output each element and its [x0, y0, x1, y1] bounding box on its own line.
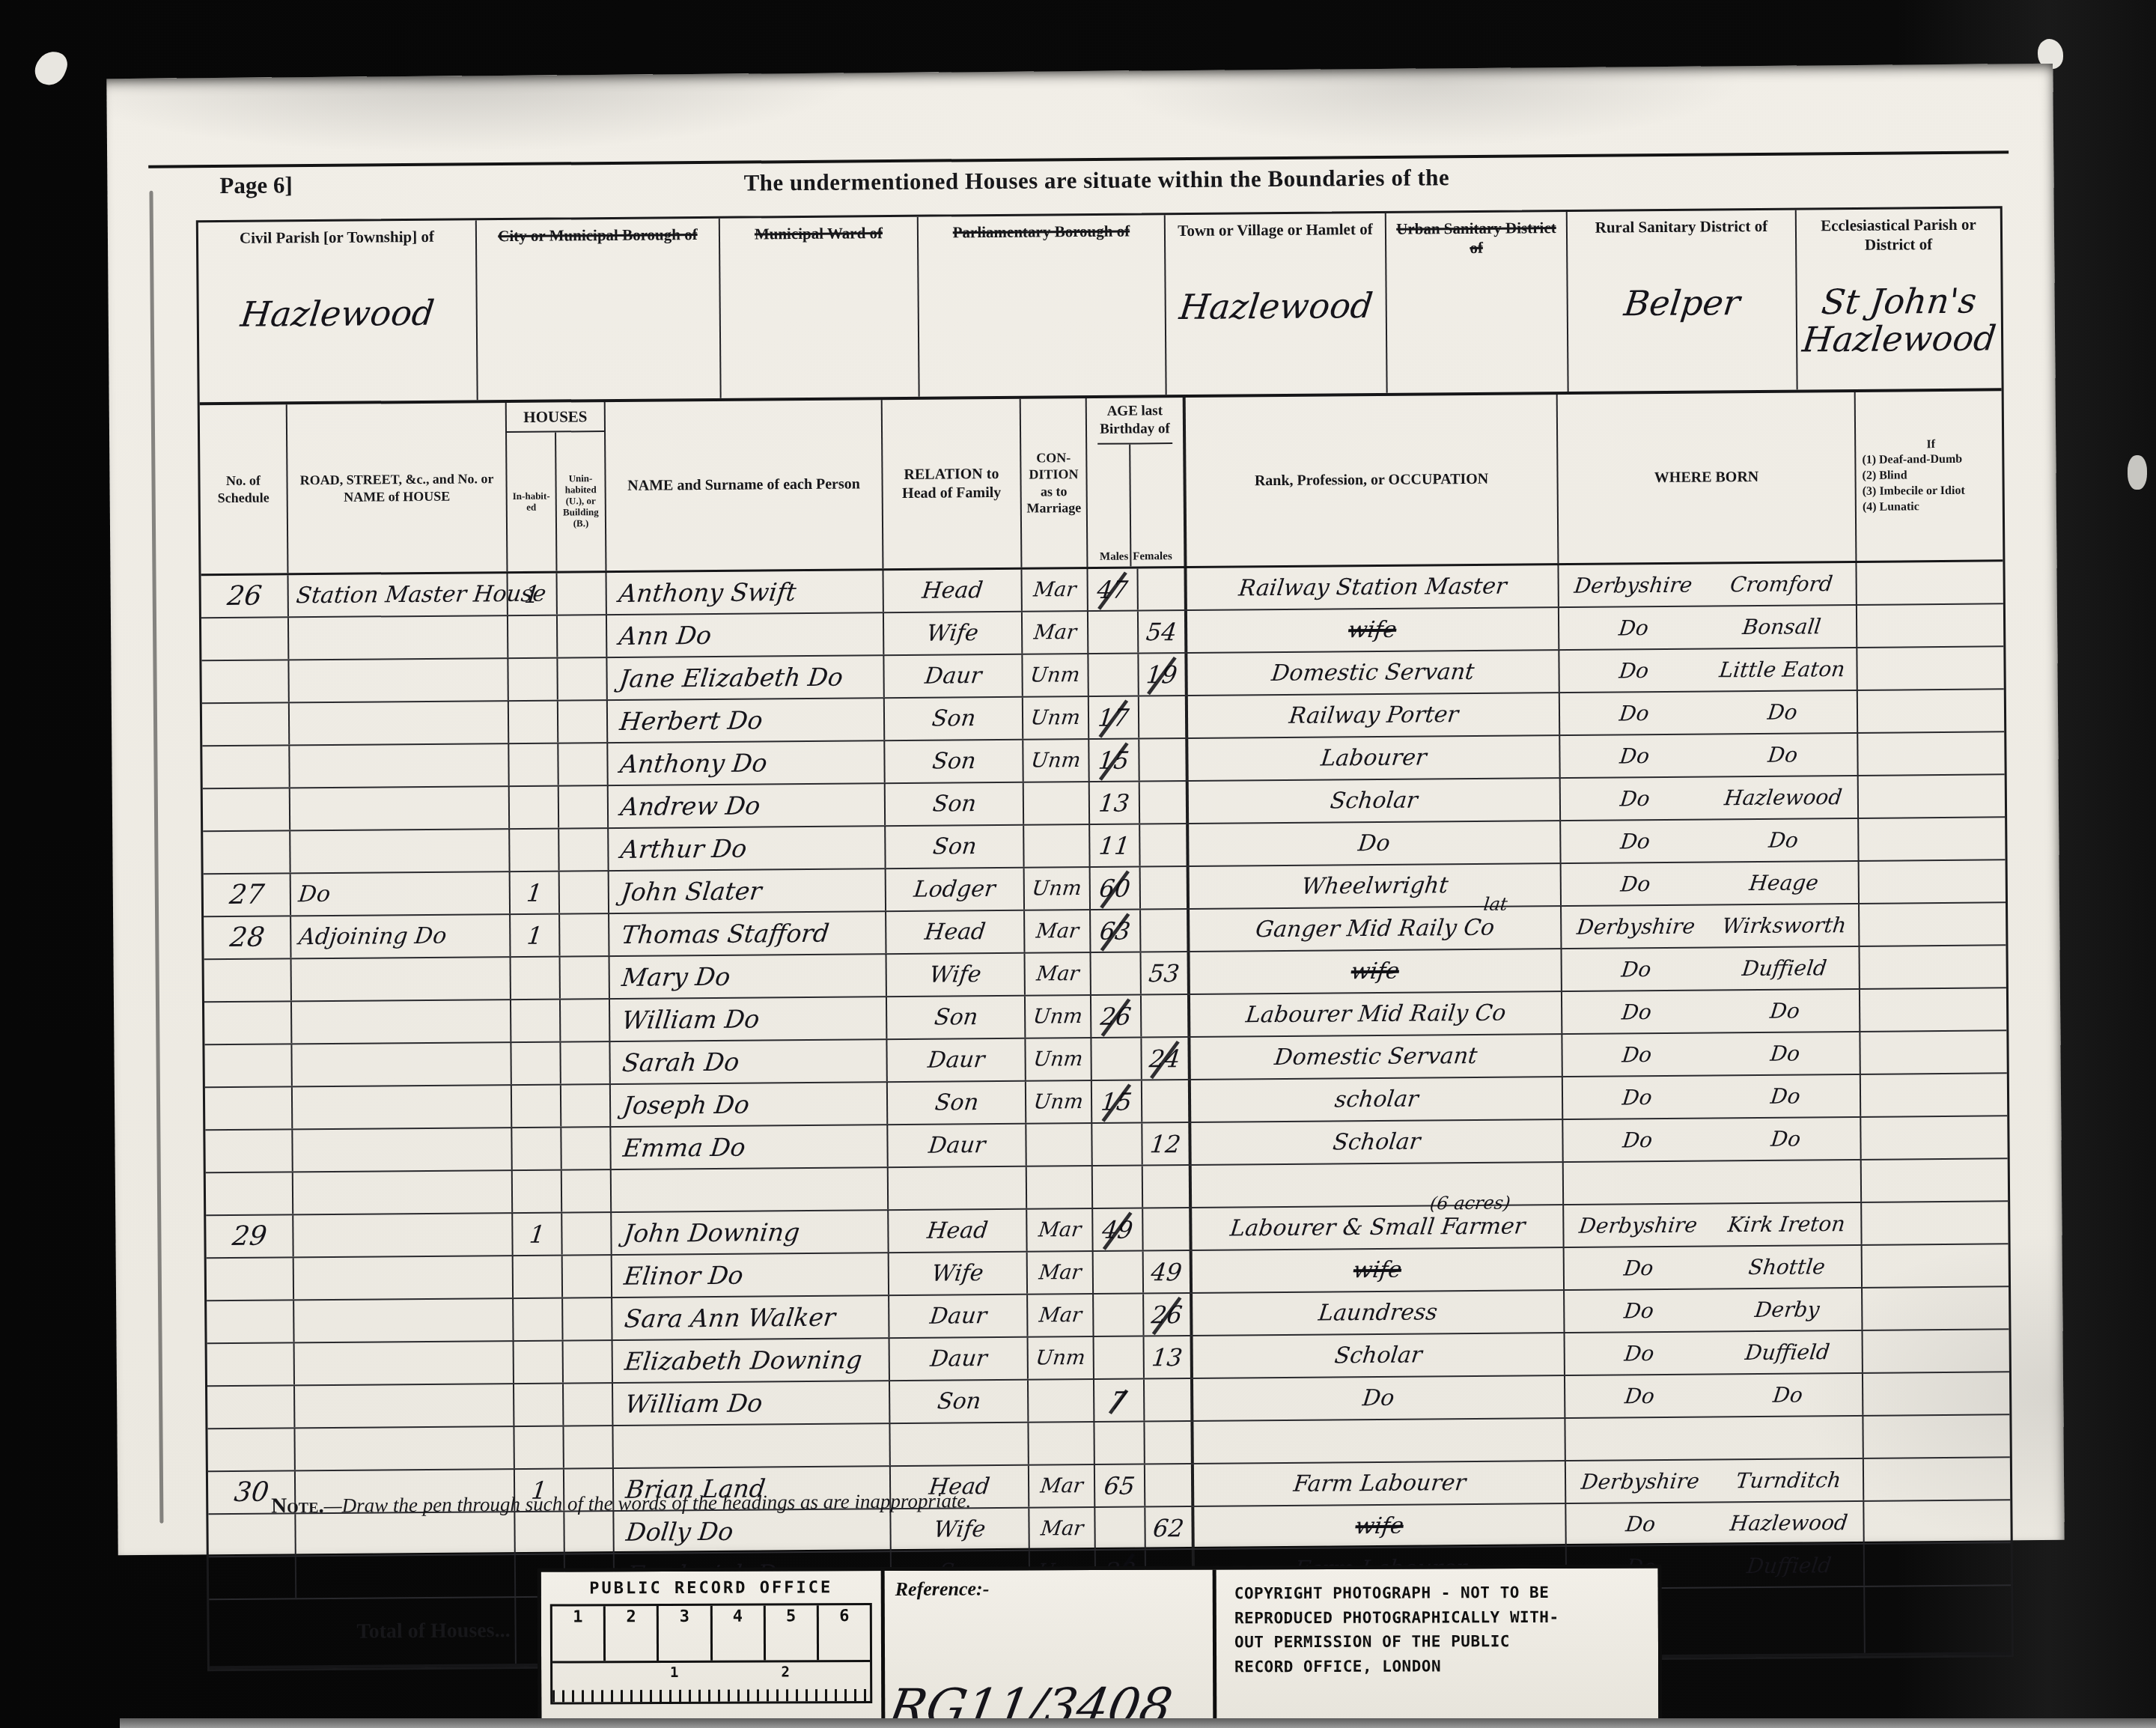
infirmity-line: (1) Deaf-and-Dumb [1862, 452, 1962, 469]
relation-value: Wife [931, 1262, 984, 1286]
age-female-value: 26 [1151, 1302, 1184, 1326]
cell-inhabited [508, 616, 558, 658]
cell-born: DoDo [1563, 1075, 1861, 1119]
relation-value: Daur [927, 1134, 986, 1157]
page-title: The undermentioned Houses are situate wi… [195, 159, 1997, 201]
relation-value: Head [921, 579, 984, 603]
scan-artifact [31, 47, 70, 90]
cell-born: DoDuffield [1562, 947, 1860, 991]
occupation-value: Labourer [1320, 746, 1428, 770]
condition-value: Unm [1032, 1049, 1084, 1070]
born-place: Cromford [1706, 573, 1857, 595]
cell-infirmity [1857, 647, 2003, 690]
location-value: Hazlewood [1166, 288, 1386, 324]
ruler-mark: 2 [781, 1664, 790, 1680]
born-place: Do [1711, 1128, 1861, 1150]
cell-occupation [1193, 1419, 1565, 1463]
cell-schedule [202, 746, 290, 788]
relation-value: Wife [928, 964, 982, 987]
occupation-value: Railway Station Master [1237, 575, 1508, 600]
copyright-line: COPYRIGHT PHOTOGRAPH - NOT TO BE [1234, 1580, 1651, 1605]
cell-born: DoHeage [1562, 862, 1860, 905]
cell-age-female: 26 [1144, 1294, 1193, 1336]
cell-road [293, 1128, 512, 1171]
cell-age-male: 13 [1090, 782, 1140, 824]
cell-born: DoHazlewood [1566, 1502, 1864, 1545]
condition-value: Unm [1031, 878, 1082, 899]
cell-name: Sara Ann Walker [612, 1296, 889, 1339]
cell-age-male [1094, 1294, 1144, 1336]
cell-age-female: 54 [1139, 611, 1187, 653]
infirmity-line: If [1926, 437, 1935, 453]
cell-occupation: wife [1187, 608, 1559, 652]
born-place: Wirksworth [1709, 914, 1860, 937]
occupation-value: Do [1357, 832, 1392, 854]
cell-inhabited [512, 1086, 561, 1128]
cell-relation: Daur [889, 1295, 1028, 1337]
occupation-value: Laundress [1318, 1301, 1439, 1324]
cell-schedule [207, 1386, 295, 1428]
inhabited-count: 1 [528, 1222, 546, 1246]
cell-age-male [1093, 1166, 1143, 1208]
cell-age-female [1139, 696, 1188, 738]
age-female-value: 12 [1149, 1131, 1182, 1155]
cell-schedule [203, 831, 290, 873]
cell-occupation: wife [1194, 1504, 1566, 1548]
cell-road [295, 1427, 514, 1470]
cell-road [292, 1000, 511, 1043]
occupation-note: (6 acres) [1428, 1194, 1511, 1213]
ruler-number: 6 [819, 1605, 870, 1660]
ruler-mark: 1 [670, 1664, 679, 1681]
inhabited-count: 1 [526, 923, 543, 947]
cell-born: DoHazlewood [1561, 776, 1859, 820]
cell-occupation: Railway Station Master [1187, 565, 1559, 609]
cell-name: Anthony Do [608, 741, 885, 785]
cell-condition [1027, 1166, 1093, 1208]
cell-born: DoDo [1562, 990, 1860, 1033]
cell-inhabited [511, 958, 561, 1000]
born-place: Turnditch [1713, 1469, 1863, 1491]
born-place: Kirk Ireton [1711, 1213, 1862, 1235]
cell-age-male: 7 [1094, 1379, 1145, 1421]
occupation-value: Farm Labourer [1292, 1472, 1467, 1496]
cell-condition: Mar [1028, 1252, 1094, 1294]
cell-name: John Downing [612, 1211, 889, 1254]
cell-occupation: Labourer Mid Raily Co [1190, 992, 1562, 1036]
cell-inhabited [511, 1000, 561, 1042]
cell-condition: Mar [1029, 1508, 1095, 1550]
born-county: Derbyshire [1563, 1214, 1714, 1237]
person-name: Thomas Stafford [620, 921, 830, 947]
scan-artifact [2128, 455, 2147, 490]
age-male-value: 17 [1097, 705, 1130, 729]
condition-value: Unm [1029, 665, 1081, 686]
born-place: Do [1710, 1000, 1860, 1022]
cell-occupation: wife [1190, 949, 1562, 994]
cell-relation: Son [885, 740, 1023, 782]
born-place: Little Eaton [1707, 658, 1857, 681]
col-header-males: Males [1097, 444, 1132, 567]
cell-infirmity [1864, 1500, 2010, 1543]
cell-uninhabited [558, 701, 608, 743]
cell-relation: Son [885, 698, 1023, 740]
cell-born: DoDuffield [1565, 1331, 1863, 1375]
born-place: Duffield [1714, 1554, 1864, 1577]
cell-road [294, 1256, 514, 1299]
cell-schedule [207, 1258, 294, 1300]
cell-born: DoDo [1562, 1032, 1860, 1076]
born-county: Do [1561, 958, 1711, 981]
location-value-text: Hazlewood [1178, 288, 1374, 324]
reference-label: Reference:- [895, 1578, 1202, 1601]
empty-cell [1865, 1586, 2012, 1653]
person-name: Ann Do [618, 623, 713, 648]
cell-relation: Daur [890, 1338, 1029, 1380]
person-name: William Do [624, 1390, 764, 1416]
born-county: Do [1559, 702, 1709, 725]
cell-age-male [1092, 1123, 1142, 1165]
location-value: St John's [1797, 283, 2001, 319]
cell-infirmity [1858, 690, 2004, 732]
note-text: —Draw the pen through such of the words … [324, 1489, 972, 1517]
scanner-edge [120, 1718, 2156, 1728]
cell-occupation: Domestic Servant [1187, 651, 1559, 695]
cell-age-male [1094, 1251, 1144, 1293]
cell-condition: Mar [1027, 1209, 1093, 1251]
cell-born: DoBonsall [1559, 606, 1857, 649]
age-female-value: 54 [1145, 620, 1178, 644]
cell-age-female [1141, 910, 1190, 952]
cell-inhabited: 1 [511, 915, 560, 957]
cell-age-female: 53 [1142, 952, 1190, 994]
cell-name: Joseph Do [611, 1083, 888, 1126]
cell-schedule [206, 1172, 293, 1214]
cell-infirmity [1865, 1543, 2011, 1586]
cell-age-female: 62 [1145, 1507, 1194, 1549]
cell-name: Thomas Stafford [609, 912, 886, 955]
occupation-value: wife [1353, 1259, 1404, 1282]
cell-condition: Unm [1026, 1081, 1092, 1123]
cell-age-male: 15 [1089, 739, 1139, 781]
location-value: Belper [1568, 285, 1796, 321]
occupation-value: Scholar [1333, 1344, 1423, 1367]
cell-occupation: Labourer [1188, 736, 1560, 780]
location-label: Ecclesiastical Parish or District of [1801, 214, 1996, 255]
cell-road [290, 702, 509, 744]
cell-uninhabited [561, 1085, 611, 1127]
age-female-value: 19 [1145, 663, 1178, 687]
cell-schedule: 29 [206, 1215, 293, 1257]
cell-road [289, 616, 508, 659]
occupation-value: wife [1347, 618, 1398, 642]
cell-occupation: scholar [1191, 1077, 1563, 1122]
cell-name: John Slater [609, 869, 886, 913]
cell-inhabited [508, 659, 558, 701]
cell-condition: Mar [1026, 953, 1091, 995]
person-name: Elinor Do [623, 1263, 745, 1289]
cell-inhabited [515, 1512, 564, 1554]
census-form-page: Page 6] The undermentioned Houses are si… [106, 64, 2064, 1555]
cell-relation: Wife [887, 954, 1026, 996]
cell-occupation: Scholar [1191, 1120, 1563, 1164]
stamp-office-name: PUBLIC RECORD OFFICE [550, 1578, 872, 1598]
cell-age-male [1094, 1336, 1145, 1378]
cell-schedule [207, 1429, 295, 1470]
cell-age-male [1094, 1422, 1145, 1464]
cell-uninhabited [562, 1213, 612, 1255]
cell-condition [1024, 782, 1090, 824]
col-header-houses: HOUSES In-habit-ed Unin-habited (U.), or… [507, 402, 607, 571]
age-male-value: 7 [1110, 1388, 1128, 1412]
cell-condition [1026, 1124, 1092, 1166]
cell-name: Andrew Do [609, 784, 886, 827]
occupation-value: scholar [1333, 1088, 1419, 1111]
person-name: Anthony Do [619, 750, 769, 776]
cell-relation: Head [886, 911, 1025, 953]
col-header-females: Females [1130, 444, 1174, 567]
stamp-ruler: 123456 1 2 [550, 1603, 872, 1705]
cell-schedule [203, 788, 290, 830]
age-male-value: 15 [1097, 748, 1130, 772]
cell-age-male [1088, 611, 1139, 653]
born-county: Derbyshire [1561, 916, 1711, 938]
cell-condition: Unm [1026, 996, 1091, 1038]
born-place: Hazlewood [1708, 786, 1858, 809]
born-place: Bonsall [1707, 615, 1857, 638]
cell-age-male [1095, 1507, 1145, 1549]
cell-uninhabited [564, 1512, 614, 1554]
cell-born: DerbyshireCromford [1559, 563, 1857, 606]
cell-condition: Mar [1028, 1295, 1094, 1336]
cell-born: DoDo [1560, 691, 1858, 734]
cell-age-female: 12 [1142, 1123, 1191, 1165]
person-name: John Slater [620, 878, 763, 904]
cell-uninhabited [564, 1384, 613, 1426]
cell-uninhabited [564, 1341, 613, 1383]
cell-infirmity [1863, 1330, 2009, 1372]
cell-relation: Wife [891, 1509, 1029, 1551]
cell-uninhabited [559, 829, 609, 871]
cell-infirmity [1857, 604, 2003, 647]
table-body: 26Station Master House1Anthony SwiftHead… [201, 562, 2012, 1600]
cell-schedule [207, 1300, 294, 1342]
relation-value: Son [931, 750, 976, 773]
cell-age-female [1141, 867, 1190, 909]
condition-value: Mar [1035, 964, 1080, 984]
cell-uninhabited [558, 658, 607, 700]
cell-born: DoLittle Eaton [1559, 648, 1857, 692]
location-value: Hazlewood [1797, 320, 2001, 356]
age-female-value: 24 [1148, 1047, 1181, 1071]
relation-value: Daur [928, 1305, 987, 1328]
cell-inhabited [514, 1299, 563, 1341]
born-place: Derby [1712, 1298, 1863, 1321]
born-county: Do [1559, 660, 1709, 682]
cell-infirmity [1858, 732, 2004, 775]
cell-inhabited [512, 1128, 561, 1170]
location-box: Rural Sanitary District ofBelper [1568, 210, 1798, 392]
cell-infirmity [1862, 1202, 2008, 1244]
born-county: Do [1562, 1044, 1712, 1066]
cell-uninhabited [562, 1170, 612, 1212]
cell-inhabited [514, 1384, 564, 1426]
person-name: Jane Elizabeth Do [618, 665, 844, 691]
cell-relation: Head [883, 570, 1022, 612]
cell-age-male [1091, 952, 1142, 994]
ruler-ticks: 1 2 [552, 1662, 870, 1702]
cell-road [293, 1214, 513, 1256]
age-male-value: 65 [1103, 1473, 1136, 1497]
schedule-number: 27 [228, 881, 265, 908]
cell-road [289, 659, 508, 702]
cell-age-female [1145, 1379, 1193, 1421]
cell-born [1564, 1160, 1862, 1204]
cell-name: Arthur Do [609, 827, 886, 870]
col-header-name: NAME and Surname of each Person [606, 400, 884, 571]
cell-born: DerbyshireKirk Ireton [1564, 1203, 1862, 1247]
relation-value: Head [926, 1220, 989, 1243]
condition-value: Mar [1038, 1305, 1082, 1325]
note-prefix: Note. [271, 1494, 324, 1518]
cell-age-female [1143, 1166, 1192, 1208]
location-label: Town or Village or Hamlet of [1170, 219, 1380, 240]
cell-uninhabited [558, 573, 607, 615]
relation-value: Son [931, 793, 977, 815]
cell-uninhabited [563, 1256, 612, 1297]
cell-age-female [1145, 1422, 1193, 1464]
total-houses-label: Total of Houses... [209, 1598, 517, 1666]
cell-age-female: 49 [1144, 1251, 1193, 1293]
cell-occupation: Domestic Servant [1190, 1035, 1562, 1079]
relation-value: Wife [933, 1518, 987, 1542]
cell-age-female [1140, 782, 1189, 824]
cell-born: DoDo [1565, 1374, 1863, 1417]
cell-inhabited: 1 [511, 872, 560, 914]
cell-infirmity [1859, 775, 2005, 818]
person-name: Sara Ann Walker [623, 1305, 836, 1331]
cell-schedule [205, 1087, 293, 1129]
condition-value: Mar [1040, 1518, 1085, 1539]
cell-born: DoDo [1561, 819, 1859, 863]
born-county: Do [1562, 1086, 1712, 1109]
cell-uninhabited [559, 786, 609, 828]
relation-value: Daur [924, 665, 983, 688]
cell-age-male: 47 [1088, 568, 1138, 610]
born-county: Do [1565, 1513, 1716, 1536]
cell-relation: Son [890, 1381, 1029, 1423]
cell-born: DerbyshireTurnditch [1566, 1459, 1864, 1503]
location-label: Rural Sanitary District of [1572, 216, 1791, 238]
ruler-number: 1 [552, 1606, 606, 1661]
census-table: Civil Parish [or Township] ofHazlewoodCi… [196, 206, 2014, 1671]
schedule-number: 29 [231, 1223, 268, 1250]
cell-born: DoDo [1563, 1118, 1861, 1161]
cell-inhabited [509, 744, 558, 786]
cell-name: Ann Do [607, 613, 884, 657]
schedule-number: 30 [233, 1479, 270, 1506]
born-county: Do [1559, 745, 1710, 767]
stamp-copyright-section: COPYRIGHT PHOTOGRAPH - NOT TO BE REPRODU… [1216, 1568, 1659, 1727]
cell-relation: Son [888, 1082, 1026, 1124]
occupation-value: wife [1350, 960, 1401, 983]
age-male-value: 13 [1097, 791, 1130, 815]
cell-schedule [202, 703, 290, 745]
cell-road [290, 787, 510, 830]
relation-value: Daur [927, 1049, 986, 1072]
location-value-text: Belper [1622, 285, 1742, 320]
cell-uninhabited [560, 914, 609, 956]
condition-value: Mar [1039, 1476, 1084, 1496]
condition-value: Unm [1030, 708, 1082, 728]
location-label: City or Municipal Borough of [481, 225, 714, 246]
person-name: Arthur Do [620, 836, 749, 862]
location-header-row: Civil Parish [or Township] ofHazlewoodCi… [198, 208, 2002, 405]
cell-age-male [1088, 654, 1139, 696]
cell-name: Dolly Do [614, 1509, 891, 1553]
cell-condition: Mar [1025, 910, 1091, 952]
cell-condition: Unm [1023, 697, 1089, 739]
cell-uninhabited [561, 957, 610, 999]
cell-uninhabited [561, 1000, 610, 1041]
cell-condition: Unm [1023, 740, 1089, 782]
occupation-value: Scholar [1329, 789, 1419, 812]
cell-infirmity [1864, 1458, 2010, 1500]
ruler-numbers: 123456 [552, 1605, 870, 1663]
person-name: Sarah Do [621, 1050, 741, 1075]
cell-age-male: 65 [1095, 1464, 1145, 1506]
born-county: Do [1563, 1257, 1714, 1280]
location-label: Urban Sanitary District of [1391, 218, 1562, 258]
col-header-road: ROAD, STREET, &c., and No. or NAME of HO… [287, 403, 508, 573]
cell-infirmity [1862, 1159, 2008, 1202]
cell-born: DoDerby [1565, 1289, 1863, 1332]
cell-road [295, 1342, 514, 1384]
born-county: Do [1562, 1001, 1712, 1023]
cell-infirmity [1863, 1415, 2009, 1458]
ruler-number: 5 [765, 1605, 818, 1660]
cell-age-male: 49 [1093, 1208, 1143, 1250]
cell-age-female [1142, 995, 1190, 1037]
location-box: Civil Parish [or Township] ofHazlewood [198, 220, 478, 402]
cell-occupation: Labourer & Small Farmer(6 acres) [1192, 1205, 1564, 1250]
col-header-infirmity: If (1) Deaf-and-Dumb (2) Blind (3) Imbec… [1856, 391, 2003, 561]
cell-road [292, 1043, 511, 1086]
born-county: Derbyshire [1558, 574, 1708, 597]
cell-condition: Unm [1029, 1337, 1094, 1379]
location-box: Parliamentary Borough of [919, 215, 1167, 397]
born-place: Do [1708, 829, 1859, 851]
location-box: Ecclesiastical Parish or District ofSt J… [1797, 208, 2002, 389]
cell-occupation: Railway Porter [1188, 693, 1560, 737]
stamp-reference-section: Reference:- RG11/3408 [885, 1569, 1217, 1728]
age-male-value: 26 [1099, 1004, 1132, 1028]
cell-inhabited [510, 787, 559, 829]
location-box: Town or Village or Hamlet ofHazlewood [1166, 213, 1388, 395]
relation-value: Son [931, 708, 976, 730]
condition-value: Unm [1030, 750, 1082, 771]
born-county: Do [1564, 1342, 1714, 1365]
born-county: Do [1560, 830, 1711, 853]
cell-condition [1029, 1423, 1094, 1464]
col-header-age: AGE last Birthday of Males Females [1087, 398, 1187, 567]
location-box: City or Municipal Borough of [477, 219, 722, 401]
cell-schedule [208, 1514, 296, 1556]
cell-inhabited [509, 702, 558, 743]
cell-condition: Mar [1022, 569, 1088, 611]
cell-name [612, 1168, 889, 1211]
cell-infirmity [1860, 946, 2006, 988]
